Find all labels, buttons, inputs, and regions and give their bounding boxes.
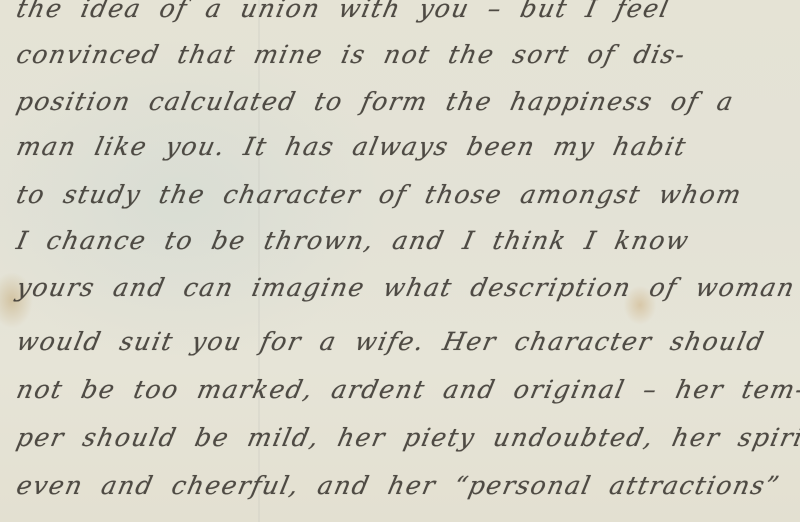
letter-page: the idea of a union with you – but I fee… <box>0 0 800 522</box>
letter-line-5: to study the character of those amongst … <box>14 180 800 209</box>
letter-line-7: yours and can imagine what description o… <box>14 273 800 302</box>
letter-line-2: convinced that mine is not the sort of d… <box>14 40 800 69</box>
letter-line-10: per should be mild, her piety undoubted,… <box>14 423 800 452</box>
letter-line-3: position calculated to form the happines… <box>14 87 800 116</box>
letter-line-11: even and cheerful, and her “personal att… <box>14 471 800 500</box>
letter-line-6: I chance to be thrown, and I think I kno… <box>14 226 800 255</box>
letter-line-1: the idea of a union with you – but I fee… <box>14 0 800 23</box>
letter-line-9: not be too marked, ardent and original –… <box>14 375 800 404</box>
letter-line-8: would suit you for a wife. Her character… <box>14 327 800 356</box>
letter-line-4: man like you. It has always been my habi… <box>14 132 800 161</box>
